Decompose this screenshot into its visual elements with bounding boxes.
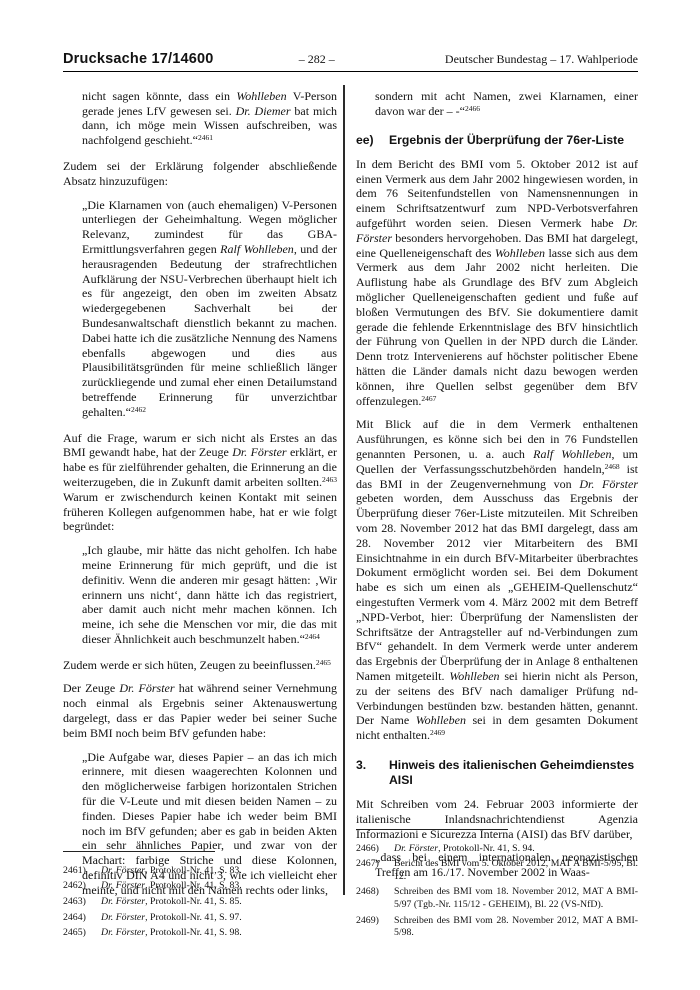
column-divider — [343, 85, 345, 895]
italic-text: Dr. Förster — [101, 896, 145, 907]
left-column: nicht sagen könnte, dass ein Wohlleben V… — [63, 85, 337, 947]
footnote-reference: 2465 — [316, 658, 331, 667]
text-segment: In dem Bericht des BMI vom 5. Oktober 20… — [356, 157, 638, 230]
footnote-text: Dr. Förster, Protokoll-Nr. 41, S. 98. — [101, 927, 337, 940]
text-segment: Zudem werde er sich hüten, Zeugen zu bee… — [63, 658, 316, 672]
italic-text: Wohlleben — [495, 246, 545, 260]
block-quote: sondern mit acht Namen, zwei Klarnamen, … — [356, 89, 638, 119]
footnote: 2465)Dr. Förster, Protokoll-Nr. 41, S. 9… — [63, 927, 337, 940]
footnote-reference: 2462 — [131, 405, 146, 414]
footnote-reference: 2464 — [305, 632, 320, 641]
footnote-block: 2461)Dr. Förster, Protokoll-Nr. 41, S. 8… — [63, 851, 337, 943]
block-quote: „Die Klarnamen von (auch ehemaligen) V-P… — [63, 198, 337, 420]
text-segment: gebeten worden, dem Ausschuss das Ergebn… — [356, 491, 638, 683]
footnote-text: Dr. Förster, Protokoll-Nr. 41, S. 94. — [394, 843, 638, 856]
italic-text: Dr. Förster — [101, 927, 145, 938]
section-heading: ee)Ergebnis der Überprüfung der 76er-Lis… — [356, 133, 638, 149]
text-segment: Schreiben des BMI vom 28. November 2012,… — [394, 915, 638, 939]
text-segment: , Protokoll-Nr. 41, S. 98. — [145, 927, 242, 938]
italic-text: Ralf Wohlleben — [220, 242, 294, 256]
footnote-number: 2467) — [356, 858, 394, 883]
block-quote: „Ich glaube, mir hätte das nicht geholfe… — [63, 543, 337, 647]
footnote: 2463)Dr. Förster, Protokoll-Nr. 41, S. 8… — [63, 896, 337, 909]
footnote-text: Dr. Förster, Protokoll-Nr. 41, S. 83. — [101, 880, 337, 893]
footnote-reference: 2469 — [430, 728, 445, 737]
footnote-number: 2469) — [356, 915, 394, 940]
italic-text: Wohlleben — [416, 713, 466, 727]
doc-number: Drucksache 17/14600 — [63, 52, 232, 67]
text-segment: Schreiben des BMI vom 18. November 2012,… — [394, 886, 638, 910]
footnote-number: 2468) — [356, 886, 394, 911]
right-column: sondern mit acht Namen, zwei Klarnamen, … — [356, 85, 638, 947]
footnote-text: Dr. Förster, Protokoll-Nr. 41, S. 97. — [101, 912, 337, 925]
document-page: Drucksache 17/14600 – 282 – Deutscher Bu… — [0, 0, 700, 990]
paragraph: Auf die Frage, warum er sich nicht als E… — [63, 431, 337, 535]
footnote-number: 2465) — [63, 927, 101, 940]
footnote: 2468)Schreiben des BMI vom 18. November … — [356, 886, 638, 911]
footnote-text: Schreiben des BMI vom 18. November 2012,… — [394, 886, 638, 911]
footnote: 2469)Schreiben des BMI vom 28. November … — [356, 915, 638, 940]
footnote-number: 2461) — [63, 865, 101, 878]
text-segment: lasse sich aus dem Vermerk aus dem Jahr … — [356, 246, 638, 408]
footnote: 2462)Dr. Förster, Protokoll-Nr. 41, S. 8… — [63, 880, 337, 893]
block-quote: nicht sagen könnte, dass ein Wohlleben V… — [63, 89, 337, 148]
paragraph: In dem Bericht des BMI vom 5. Oktober 20… — [356, 157, 638, 409]
footnote-number: 2464) — [63, 912, 101, 925]
footnote-reference: 2463 — [322, 475, 337, 484]
section-number: 3. — [356, 758, 389, 789]
footnote-reference: 2466 — [465, 104, 480, 113]
page-header: Drucksache 17/14600 – 282 – Deutscher Bu… — [63, 52, 638, 72]
italic-text: Dr. Förster — [119, 681, 174, 695]
footnote-number: 2466) — [356, 843, 394, 856]
text-segment: , Protokoll-Nr. 41, S. 85. — [145, 896, 242, 907]
italic-text: Dr. Förster — [101, 880, 145, 891]
text-segment: , Protokoll-Nr. 41, S. 94. — [438, 843, 535, 854]
italic-text: Wohlleben — [449, 669, 499, 683]
section-title: Ergebnis der Überprüfung der 76er-Liste — [389, 133, 638, 149]
text-segment: Bericht des BMI vom 5. Oktober 2012, MAT… — [394, 858, 638, 882]
footnote-separator — [356, 829, 508, 830]
text-segment: „Ich glaube, mir hätte das nicht geholfe… — [82, 543, 337, 646]
section-number: ee) — [356, 133, 389, 149]
paragraph: Zudem werde er sich hüten, Zeugen zu bee… — [63, 658, 337, 673]
footnote-reference: 2467 — [421, 394, 436, 403]
paragraph: Zudem sei der Erklärung folgender abschl… — [63, 159, 337, 189]
text-segment: , Protokoll-Nr. 41, S. 97. — [145, 912, 242, 923]
italic-text: Dr. Förster — [394, 843, 438, 854]
italic-text: Ralf Wohlleben — [533, 447, 611, 461]
paragraph: Mit Blick auf die in dem Vermerk enthalt… — [356, 417, 638, 743]
italic-text: Wohlleben — [236, 89, 286, 103]
footnote-text: Bericht des BMI vom 5. Oktober 2012, MAT… — [394, 858, 638, 883]
text-segment: , und der herausragenden Bedeutung der s… — [82, 242, 337, 419]
italic-text: Dr. Förster — [101, 865, 145, 876]
text-segment: Der Zeuge — [63, 681, 119, 695]
footnote-text: Dr. Förster, Protokoll-Nr. 41, S. 83. — [101, 865, 337, 878]
text-segment: , Protokoll-Nr. 41, S. 83. — [145, 880, 242, 891]
page-number: – 282 – — [232, 52, 401, 67]
footnote-number: 2463) — [63, 896, 101, 909]
italic-text: Dr. Förster — [101, 912, 145, 923]
section-title: Hinweis des italienischen Geheimdienstes… — [389, 758, 638, 789]
footnote: 2461)Dr. Förster, Protokoll-Nr. 41, S. 8… — [63, 865, 337, 878]
footnote-number: 2462) — [63, 880, 101, 893]
italic-text: Dr. Förster — [232, 445, 286, 459]
section-heading: 3.Hinweis des italienischen Geheimdienst… — [356, 758, 638, 789]
footnote-reference: 2468 — [605, 462, 620, 471]
page-body: nicht sagen könnte, dass ein Wohlleben V… — [63, 85, 638, 947]
footnote-reference: 2461 — [198, 133, 213, 142]
text-segment: , Protokoll-Nr. 41, S. 83. — [145, 865, 242, 876]
legislature-label: Deutscher Bundestag – 17. Wahlperiode — [401, 52, 638, 67]
text-segment: sondern mit acht Namen, zwei Klarnamen, … — [375, 89, 638, 118]
text-segment: nicht sagen könnte, dass ein — [82, 89, 236, 103]
footnote-text: Dr. Förster, Protokoll-Nr. 41, S. 85. — [101, 896, 337, 909]
italic-text: Dr. Diemer — [236, 104, 291, 118]
footnote-text: Schreiben des BMI vom 28. November 2012,… — [394, 915, 638, 940]
paragraph: Der Zeuge Dr. Förster hat während seiner… — [63, 681, 337, 740]
text-segment: Zudem sei der Erklärung folgender abschl… — [63, 159, 337, 188]
text-segment: Warum er zwischendurch keinen Kontakt mi… — [63, 490, 337, 534]
footnote: 2464)Dr. Förster, Protokoll-Nr. 41, S. 9… — [63, 912, 337, 925]
footnote: 2467)Bericht des BMI vom 5. Oktober 2012… — [356, 858, 638, 883]
footnote-block: 2466)Dr. Förster, Protokoll-Nr. 41, S. 9… — [356, 829, 638, 943]
footnote: 2466)Dr. Förster, Protokoll-Nr. 41, S. 9… — [356, 843, 638, 856]
italic-text: Dr. Förster — [579, 477, 638, 491]
footnote-separator — [63, 851, 215, 852]
